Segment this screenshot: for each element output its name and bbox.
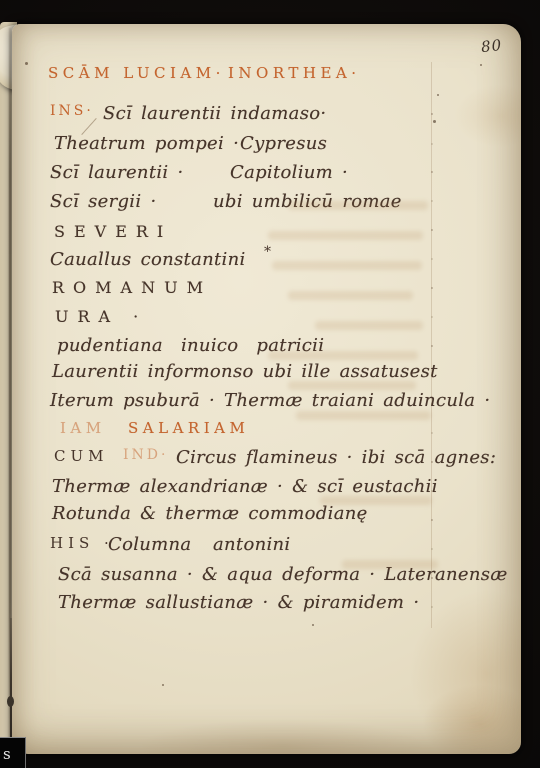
- text-segment: SCĀM LUCIAM·: [48, 64, 225, 82]
- text-segment: Scī sergii ·: [50, 191, 156, 212]
- pricking-dot: [431, 374, 433, 376]
- pricking-dot: [431, 258, 433, 260]
- text-segment: CUM: [54, 447, 108, 465]
- show-through-text: [272, 261, 422, 270]
- show-through-text: [342, 560, 438, 569]
- text-segment: Scī laurentii ·: [50, 162, 184, 183]
- text-segment: Thermæ alexandrianæ · & scī eustachii: [52, 476, 438, 497]
- text-segment: antonini: [213, 534, 291, 555]
- text-segment: Thermæ sallustianæ · & piramidem ·: [58, 592, 419, 613]
- text-segment: ROMANUM: [52, 278, 212, 297]
- text-segment: IAM: [60, 419, 106, 437]
- show-through-text: [268, 351, 418, 360]
- ink-speck: [437, 94, 439, 96]
- pricking-dot: [431, 345, 433, 347]
- text-segment: Cauallus constantini: [50, 249, 246, 270]
- text-segment: Columna: [108, 534, 191, 555]
- show-through-text: [315, 321, 423, 330]
- text-segment: Capitolium ·: [230, 162, 348, 183]
- text-segment: Scī laurentii indamaso·: [103, 103, 326, 124]
- text-segment: INORTHEA·: [228, 64, 361, 82]
- pricking-dot: [431, 606, 433, 608]
- watermark-letter: s: [0, 745, 11, 763]
- show-through-text: [268, 231, 423, 240]
- text-segment: INS·: [50, 103, 94, 119]
- show-through-text: [288, 201, 428, 210]
- pricking-dot: [431, 143, 433, 145]
- text-segment: SEVERI: [54, 222, 172, 241]
- ink-speck: [162, 684, 164, 686]
- binding-thread-knot: [7, 696, 14, 707]
- pricking-dot: [431, 113, 433, 115]
- pricking-dot: [431, 200, 433, 202]
- ink-speck: [480, 64, 482, 66]
- text-segment: Theatrum pompei ·: [54, 133, 239, 154]
- show-through-text: [296, 411, 431, 420]
- text-segment: Circus flamineus · ibi scā agnes:: [176, 447, 496, 468]
- text-segment: HIS ·: [50, 534, 114, 552]
- text-segment: SALARIAM: [128, 419, 249, 437]
- text-segment: IND·: [123, 447, 168, 463]
- pricking-dot: [431, 490, 433, 492]
- text-segment: URA ·: [55, 307, 147, 326]
- binding-thread: [10, 618, 12, 744]
- text-segment: Laurentii informonso ubi ille assatusest: [52, 361, 438, 382]
- ink-speck: [312, 624, 314, 626]
- pricking-dot: [431, 577, 433, 579]
- pricking-dot: [431, 519, 433, 521]
- pricking-dot: [431, 403, 433, 405]
- show-through-text: [320, 496, 432, 505]
- ink-speck: [25, 62, 28, 65]
- pricking-dot: [431, 171, 433, 173]
- text-block: SCĀM LUCIAM·INORTHEA·INS·Scī laurentii i…: [12, 24, 521, 754]
- ink-speck: [433, 120, 436, 123]
- show-through-text: [288, 381, 416, 390]
- show-through-text: [288, 291, 413, 300]
- text-segment: Iterum psuburā · Thermæ traiani aduincul…: [50, 390, 490, 411]
- pricking-dot: [431, 432, 433, 434]
- pricking-dot: [431, 548, 433, 550]
- pricking-dot: [431, 229, 433, 231]
- pricking-dot: [431, 287, 433, 289]
- text-segment: *: [264, 244, 271, 260]
- pricking-dot: [431, 316, 433, 318]
- watermark-corner-label: s: [0, 737, 26, 768]
- text-segment: Rotunda & thermæ commodianę: [52, 503, 368, 524]
- text-segment: Scā susanna · & aqua deforma · Lateranen…: [58, 564, 508, 585]
- manuscript-photo: 80 SCĀM LUCIAM·INORTHEA·INS·Scī laurenti…: [0, 0, 540, 768]
- pricking-dot: [431, 461, 433, 463]
- parchment-page: 80 SCĀM LUCIAM·INORTHEA·INS·Scī laurenti…: [12, 24, 521, 754]
- text-segment: Cypresus: [240, 133, 327, 154]
